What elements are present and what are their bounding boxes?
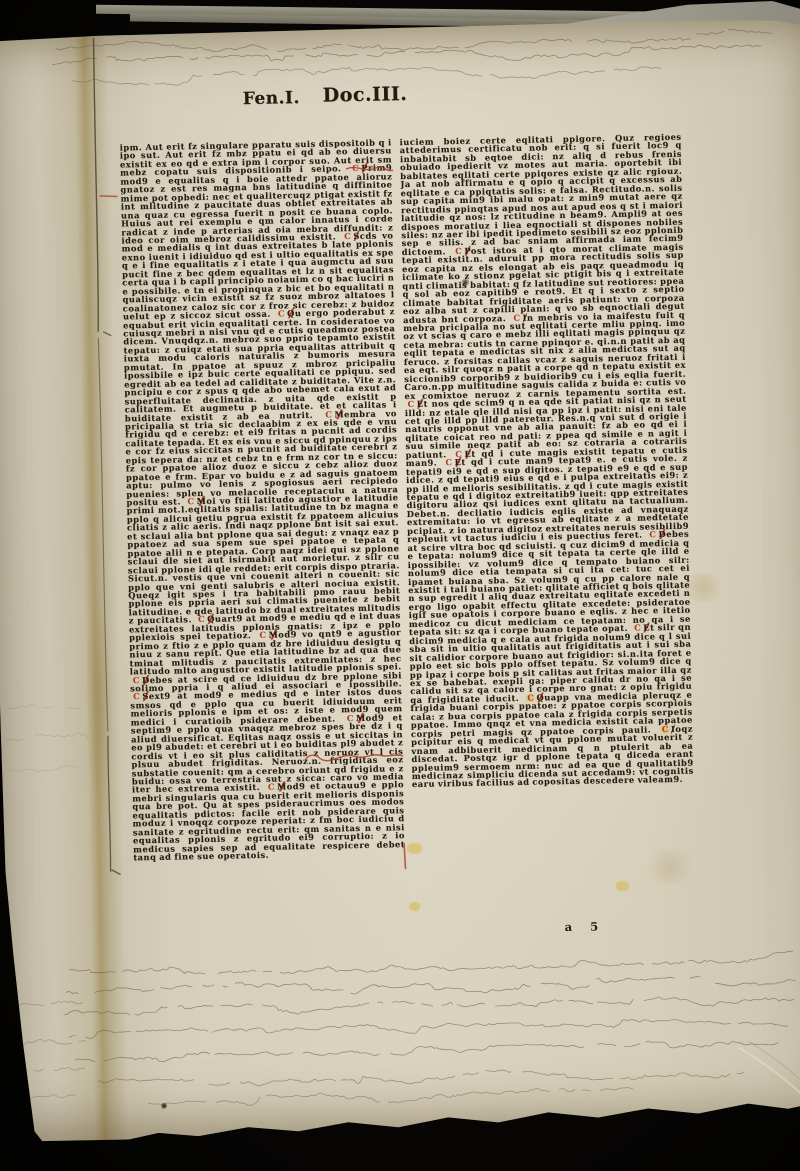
pilcrow-mark: C (344, 713, 356, 723)
pilcrow-mark: C (659, 724, 671, 734)
text-column-right: iuciem boiez certe eqlitati ppigore. Quz… (400, 133, 697, 932)
rubricated-initial: M (277, 782, 287, 792)
handwritten-gloss-line (5, 732, 89, 741)
handwritten-gloss-line (6, 703, 80, 710)
rubricated-initial: M (197, 496, 207, 506)
handwritten-gloss-line (9, 1037, 86, 1045)
pilcrow-mark: C (510, 312, 522, 322)
rubricated-initial: I (522, 312, 527, 322)
handwritten-gloss-line (10, 765, 78, 771)
handwritten-gloss-line (64, 994, 794, 1019)
rubricated-initial: M (334, 409, 344, 419)
rubricated-initial: M (356, 713, 366, 723)
rubricated-initial: D (142, 675, 150, 685)
pilcrow-mark: C (195, 614, 207, 624)
pilcrow-mark: C (631, 623, 643, 633)
scanned-book-photograph: { "page": { "kind": "incunabulum-page-sc… (0, 0, 800, 1171)
pilcrow-mark: C (405, 399, 417, 409)
rubricated-initial: E (417, 399, 424, 409)
handwritten-gloss-line (69, 1016, 789, 1040)
rubricated-initial: Q (536, 692, 544, 702)
running-header-fen: Fen.I. (243, 88, 300, 109)
running-header-doc: Doc.III. (322, 83, 407, 107)
handwritten-gloss-line (13, 1067, 85, 1072)
pilcrow-mark: C (442, 457, 454, 467)
rubricated-initial: P (361, 163, 368, 173)
pilcrow-mark: C (130, 692, 142, 702)
open-book-page: Fen.I. Doc.III. ipm. Aut erit fz singula… (0, 18, 800, 1142)
handwritten-gloss-line (52, 44, 761, 70)
rubricated-initial: S (353, 231, 360, 241)
rubricated-initial: S (142, 691, 149, 701)
pilcrow-mark: C (349, 163, 361, 173)
gutter-stain (84, 592, 114, 812)
pilcrow-mark: C (130, 675, 142, 685)
handwritten-gloss-line (12, 1094, 76, 1100)
rubricated-initial: P (464, 246, 471, 256)
pilcrow-mark: C (275, 308, 287, 318)
handwritten-gloss-line (18, 1001, 83, 1006)
rubricated-initial: E (464, 449, 471, 459)
pilcrow-mark: C (184, 496, 196, 506)
handwritten-gloss-line (66, 972, 796, 1001)
rubricated-initial: D (658, 529, 666, 539)
pilcrow-mark: C (265, 782, 277, 792)
pilcrow-mark: C (646, 529, 658, 539)
handwritten-gloss-line (69, 951, 793, 978)
signature-mark: a 5 (565, 919, 606, 934)
rubricated-initial: Q (207, 614, 215, 624)
handwritten-gloss-line (75, 1039, 778, 1064)
highlight-mark (409, 902, 420, 911)
highlight-mark (407, 843, 422, 854)
handwritten-gloss-line (98, 1066, 744, 1090)
pilcrow-mark: C (452, 246, 464, 256)
ink-dot (161, 1103, 167, 1109)
rubricated-initial: Q (287, 308, 295, 318)
highlight-mark (616, 881, 629, 891)
pilcrow-mark: C (256, 630, 268, 640)
pilcrow-mark: C (341, 231, 353, 241)
pilcrow-mark: C (524, 692, 536, 702)
rubricated-initial: M (268, 630, 278, 640)
text-column-left: ipm. Aut erit fz singulare pparatu suis … (120, 138, 407, 937)
rubricated-initial: E (643, 623, 650, 633)
rubricated-initial: I (671, 724, 676, 734)
handwritten-gloss-line (148, 1087, 634, 1108)
handwritten-gloss-line (56, 28, 773, 56)
pilcrow-mark: C (322, 409, 334, 419)
